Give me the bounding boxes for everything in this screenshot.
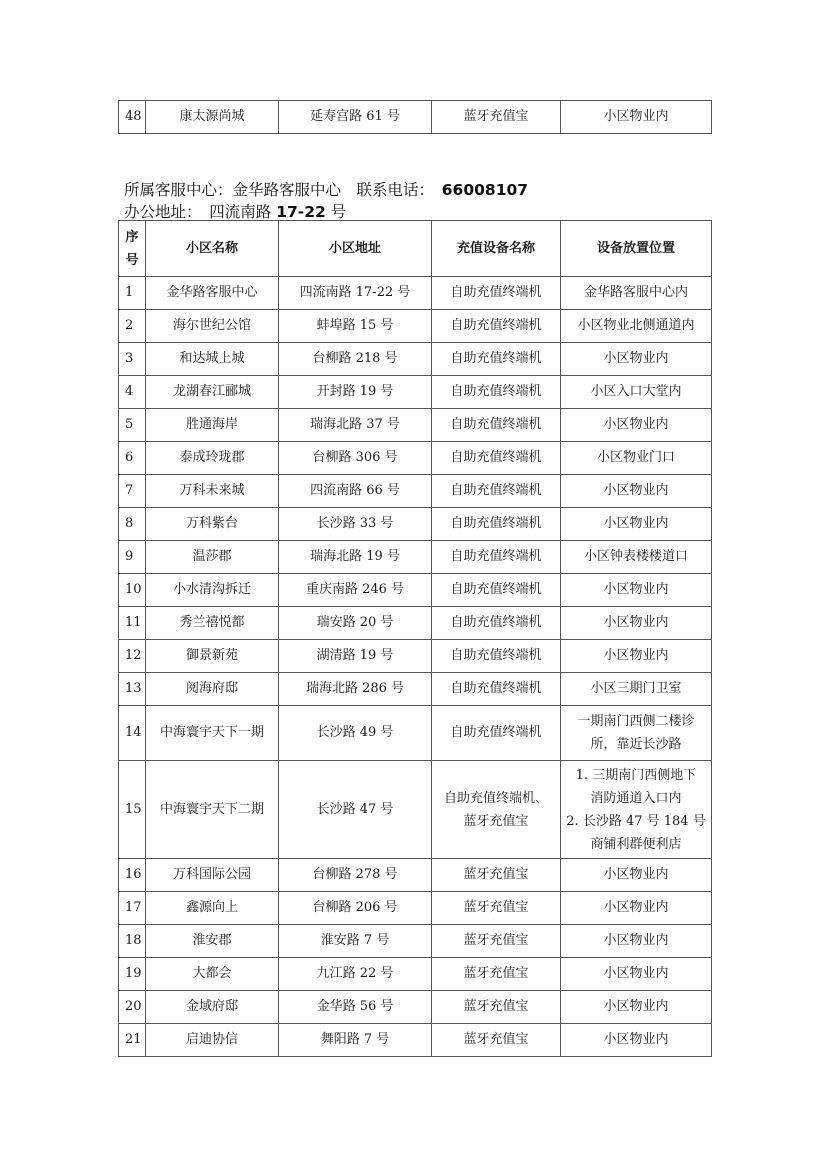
cell-community-name: 阅海府邸 (146, 673, 279, 706)
office-address-number: 17-22 (276, 203, 326, 221)
cell-device-name: 自助充值终端机 (432, 310, 561, 343)
cell-device-location: 一期南门西侧二楼诊 所，靠近长沙路 (561, 706, 712, 761)
table-row: 8 万科紫台 长沙路 33 号 自助充值终端机 小区物业内 (119, 508, 712, 541)
table-row: 10 小水清沟拆迁 重庆南路 246 号 自助充值终端机 小区物业内 (119, 574, 712, 607)
cell-community-name: 秀兰禧悦都 (146, 607, 279, 640)
cell-device-location: 1. 三期南门西侧地下 消防通道入口内 2. 长沙路 47 号 184 号 商铺… (561, 761, 712, 859)
cell-community-name: 万科紫台 (146, 508, 279, 541)
cell-device-location: 小区物业内 (561, 892, 712, 925)
cell-device-location: 小区物业内 (561, 1024, 712, 1057)
cell-seq: 7 (119, 475, 146, 508)
cell-device-location: 小区物业内 (561, 343, 712, 376)
cell-seq: 8 (119, 508, 146, 541)
cell-device-location: 小区物业内 (561, 958, 712, 991)
cell-community-name: 胜通海岸 (146, 409, 279, 442)
cell-community-address: 九江路 22 号 (279, 958, 432, 991)
cell-device-location: 小区物业内 (561, 574, 712, 607)
cell-community-name: 淮安郡 (146, 925, 279, 958)
table-row: 19 大都会 九江路 22 号 蓝牙充值宝 小区物业内 (119, 958, 712, 991)
cell-seq: 19 (119, 958, 146, 991)
table-row: 48 康太源尚城 延寿宫路 61 号 蓝牙充值宝 小区物业内 (119, 101, 712, 134)
cell-community-address: 长沙路 33 号 (279, 508, 432, 541)
cell-community-address: 台柳路 306 号 (279, 442, 432, 475)
table-row: 2 海尔世纪公馆 蚌埠路 15 号 自助充值终端机 小区物业北侧通道内 (119, 310, 712, 343)
cell-device-name: 蓝牙充值宝 (432, 101, 561, 134)
table-row: 16 万科国际公园 台柳路 278 号 蓝牙充值宝 小区物业内 (119, 859, 712, 892)
cell-device-name: 蓝牙充值宝 (432, 958, 561, 991)
cell-seq: 15 (119, 761, 146, 859)
cell-community-address: 淮安路 7 号 (279, 925, 432, 958)
cell-community-name: 金华路客服中心 (146, 277, 279, 310)
table-row: 4 龙湖春江郦城 开封路 19 号 自助充值终端机 小区入口大堂内 (119, 376, 712, 409)
cell-device-name: 自助充值终端机 (432, 376, 561, 409)
cell-device-location: 小区物业北侧通道内 (561, 310, 712, 343)
office-address-suffix: 号 (326, 203, 346, 221)
cell-device-name: 自助充值终端机 (432, 640, 561, 673)
cell-device-name: 自助充值终端机 (432, 673, 561, 706)
service-center-line: 所属客服中心：金华路客服中心 联系电话： 66008107 (124, 178, 528, 200)
cell-seq: 9 (119, 541, 146, 574)
cell-community-name: 泰成玲珑郡 (146, 442, 279, 475)
table-row: 12 御景新苑 湖清路 19 号 自助充值终端机 小区物业内 (119, 640, 712, 673)
cell-seq: 4 (119, 376, 146, 409)
cell-device-location: 小区物业内 (561, 925, 712, 958)
cell-device-location: 小区入口大堂内 (561, 376, 712, 409)
cell-seq: 1 (119, 277, 146, 310)
table-row: 20 金域府邸 金华路 56 号 蓝牙充值宝 小区物业内 (119, 991, 712, 1024)
cell-device-name: 蓝牙充值宝 (432, 925, 561, 958)
cell-seq: 21 (119, 1024, 146, 1057)
cell-seq: 5 (119, 409, 146, 442)
cell-community-address: 瑞海北路 286 号 (279, 673, 432, 706)
header-community-address: 小区地址 (279, 221, 432, 277)
cell-community-address: 台柳路 206 号 (279, 892, 432, 925)
cell-community-address: 金华路 56 号 (279, 991, 432, 1024)
cell-seq: 17 (119, 892, 146, 925)
cell-community-name: 万科国际公园 (146, 859, 279, 892)
cell-community-name: 大都会 (146, 958, 279, 991)
table-header-row: 序号 小区名称 小区地址 充值设备名称 设备放置位置 (119, 221, 712, 277)
cell-community-name: 龙湖春江郦城 (146, 376, 279, 409)
cell-community-address: 台柳路 218 号 (279, 343, 432, 376)
table-row: 18 淮安郡 淮安路 7 号 蓝牙充值宝 小区物业内 (119, 925, 712, 958)
cell-device-name: 自助充值终端机 (432, 508, 561, 541)
cell-community-name: 小水清沟拆迁 (146, 574, 279, 607)
office-address-line: 办公地址： 四流南路 17-22 号 (124, 200, 346, 222)
cell-community-name: 海尔世纪公馆 (146, 310, 279, 343)
header-seq: 序号 (119, 221, 146, 277)
cell-seq: 18 (119, 925, 146, 958)
cell-community-name: 金域府邸 (146, 991, 279, 1024)
cell-community-name: 康太源尚城 (146, 101, 279, 134)
cell-device-name: 自助充值终端机 (432, 277, 561, 310)
cell-device-location: 金华路客服中心内 (561, 277, 712, 310)
cell-community-address: 湖清路 19 号 (279, 640, 432, 673)
table-row: 7 万科未来城 四流南路 66 号 自助充值终端机 小区物业内 (119, 475, 712, 508)
cell-device-location: 小区物业内 (561, 475, 712, 508)
cell-device-location: 小区钟表楼楼道口 (561, 541, 712, 574)
table-row: 6 泰成玲珑郡 台柳路 306 号 自助充值终端机 小区物业门口 (119, 442, 712, 475)
cell-community-name: 启迪协信 (146, 1024, 279, 1057)
cell-seq: 48 (119, 101, 146, 134)
cell-community-address: 瑞安路 20 号 (279, 607, 432, 640)
cell-device-name: 自助充值终端机 (432, 706, 561, 761)
cell-device-location: 小区物业内 (561, 409, 712, 442)
cell-device-name: 蓝牙充值宝 (432, 991, 561, 1024)
cell-seq: 14 (119, 706, 146, 761)
cell-device-location: 小区物业内 (561, 640, 712, 673)
cell-device-name: 蓝牙充值宝 (432, 1024, 561, 1057)
cell-device-name: 自助充值终端机 (432, 475, 561, 508)
office-address-label: 办公地址： 四流南路 (124, 203, 276, 221)
cell-device-location: 小区物业内 (561, 991, 712, 1024)
cell-community-address: 舞阳路 7 号 (279, 1024, 432, 1057)
cell-community-address: 台柳路 278 号 (279, 859, 432, 892)
cell-device-name: 蓝牙充值宝 (432, 892, 561, 925)
table-row: 14 中海寰宇天下一期 长沙路 49 号 自助充值终端机 一期南门西侧二楼诊 所… (119, 706, 712, 761)
header-device-name: 充值设备名称 (432, 221, 561, 277)
cell-community-name: 中海寰宇天下一期 (146, 706, 279, 761)
cell-community-name: 温莎郡 (146, 541, 279, 574)
cell-community-address: 瑞海北路 19 号 (279, 541, 432, 574)
cell-community-address: 长沙路 49 号 (279, 706, 432, 761)
cell-device-location: 小区物业门口 (561, 442, 712, 475)
cell-device-name: 自助充值终端机 (432, 607, 561, 640)
cell-community-address: 开封路 19 号 (279, 376, 432, 409)
table-row: 5 胜通海岸 瑞海北路 37 号 自助充值终端机 小区物业内 (119, 409, 712, 442)
table-row: 15 中海寰宇天下二期 长沙路 47 号 自助充值终端机、 蓝牙充值宝 1. 三… (119, 761, 712, 859)
table-row: 3 和达城上城 台柳路 218 号 自助充值终端机 小区物业内 (119, 343, 712, 376)
cell-seq: 20 (119, 991, 146, 1024)
table-row: 1 金华路客服中心 四流南路 17-22 号 自助充值终端机 金华路客服中心内 (119, 277, 712, 310)
table-row: 13 阅海府邸 瑞海北路 286 号 自助充值终端机 小区三期门卫室 (119, 673, 712, 706)
cell-seq: 3 (119, 343, 146, 376)
cell-seq: 11 (119, 607, 146, 640)
cell-device-location: 小区物业内 (561, 607, 712, 640)
header-device-location: 设备放置位置 (561, 221, 712, 277)
cell-community-address: 重庆南路 246 号 (279, 574, 432, 607)
cell-device-name: 自助充值终端机 (432, 343, 561, 376)
cell-device-location: 小区物业内 (561, 859, 712, 892)
cell-device-location: 小区物业内 (561, 101, 712, 134)
cell-community-address: 蚌埠路 15 号 (279, 310, 432, 343)
cell-community-name: 中海寰宇天下二期 (146, 761, 279, 859)
previous-table: 48 康太源尚城 延寿宫路 61 号 蓝牙充值宝 小区物业内 (118, 100, 712, 134)
header-community-name: 小区名称 (146, 221, 279, 277)
cell-community-address: 瑞海北路 37 号 (279, 409, 432, 442)
table-row: 9 温莎郡 瑞海北路 19 号 自助充值终端机 小区钟表楼楼道口 (119, 541, 712, 574)
cell-device-name: 自助充值终端机 (432, 442, 561, 475)
cell-device-location: 小区三期门卫室 (561, 673, 712, 706)
cell-device-name: 自助充值终端机 (432, 541, 561, 574)
cell-seq: 2 (119, 310, 146, 343)
cell-device-name: 自助充值终端机 (432, 574, 561, 607)
service-center-phone: 66008107 (442, 181, 528, 199)
cell-community-name: 万科未来城 (146, 475, 279, 508)
cell-community-address: 长沙路 47 号 (279, 761, 432, 859)
cell-community-address: 四流南路 66 号 (279, 475, 432, 508)
cell-community-name: 鑫源向上 (146, 892, 279, 925)
service-center-label: 所属客服中心：金华路客服中心 联系电话： (124, 181, 442, 199)
cell-seq: 6 (119, 442, 146, 475)
cell-community-name: 和达城上城 (146, 343, 279, 376)
table-row: 11 秀兰禧悦都 瑞安路 20 号 自助充值终端机 小区物业内 (119, 607, 712, 640)
cell-device-name: 蓝牙充值宝 (432, 859, 561, 892)
cell-device-name: 自助充值终端机、 蓝牙充值宝 (432, 761, 561, 859)
cell-community-address: 四流南路 17-22 号 (279, 277, 432, 310)
cell-community-name: 御景新苑 (146, 640, 279, 673)
table-row: 21 启迪协信 舞阳路 7 号 蓝牙充值宝 小区物业内 (119, 1024, 712, 1057)
cell-community-address: 延寿宫路 61 号 (279, 101, 432, 134)
cell-seq: 10 (119, 574, 146, 607)
table-row: 17 鑫源向上 台柳路 206 号 蓝牙充值宝 小区物业内 (119, 892, 712, 925)
cell-seq: 13 (119, 673, 146, 706)
cell-seq: 12 (119, 640, 146, 673)
cell-device-name: 自助充值终端机 (432, 409, 561, 442)
cell-device-location: 小区物业内 (561, 508, 712, 541)
cell-seq: 16 (119, 859, 146, 892)
charging-device-table: 序号 小区名称 小区地址 充值设备名称 设备放置位置 1 金华路客服中心 四流南… (118, 220, 712, 1057)
